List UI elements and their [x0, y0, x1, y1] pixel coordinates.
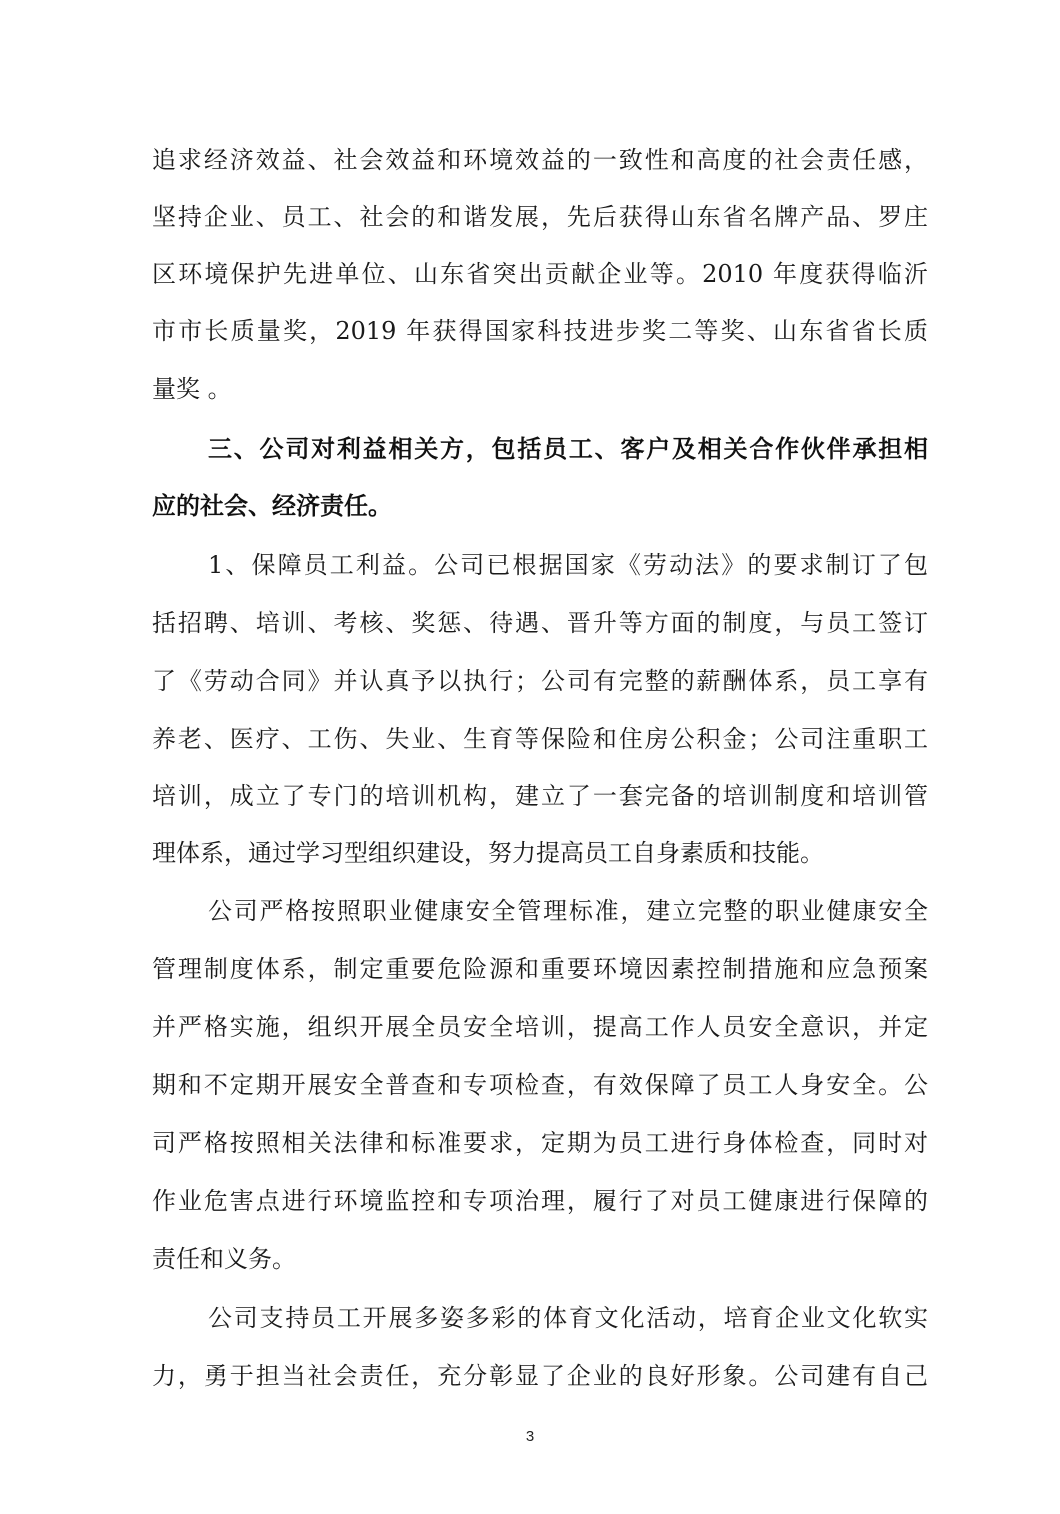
heading-line: 应的社会、经济责任。 — [152, 486, 928, 526]
text-line: 并严格实施，组织开展全员安全培训，提高工作人员安全意识，并定 — [152, 1007, 928, 1047]
document-page: 追求经济效益、社会效益和环境效益的一致性和高度的社会责任感， 坚持企业、员工、社… — [0, 0, 1060, 1514]
text-line: 市市长质量奖，2019 年获得国家科技进步奖二等奖、山东省省长质 — [152, 311, 928, 351]
text-line: 区环境保护先进单位、山东省突出贡献企业等。2010 年度获得临沂 — [152, 254, 928, 294]
text-line: 培训，成立了专门的培训机构，建立了一套完备的培训制度和培训管 — [152, 776, 928, 816]
text-line: 养老、医疗、工伤、失业、生育等保险和住房公积金；公司注重职工 — [152, 719, 928, 759]
text-line: 公司支持员工开展多姿多彩的体育文化活动，培育企业文化软实 — [208, 1298, 928, 1338]
text-line: 力，勇于担当社会责任，充分彰显了企业的良好形象。公司建有自己 — [152, 1356, 928, 1396]
text-line: 了《劳动合同》并认真予以执行；公司有完整的薪酬体系，员工享有 — [152, 661, 928, 701]
text-line: 理体系，通过学习型组织建设，努力提高员工自身素质和技能。 — [152, 833, 928, 873]
text-line: 括招聘、培训、考核、奖惩、待遇、晋升等方面的制度，与员工签订 — [152, 603, 928, 643]
text-line: 追求经济效益、社会效益和环境效益的一致性和高度的社会责任感， — [152, 140, 928, 180]
text-line: 量奖 。 — [152, 369, 928, 409]
text-line: 管理制度体系，制定重要危险源和重要环境因素控制措施和应急预案 — [152, 949, 928, 989]
heading-line: 三、公司对利益相关方，包括员工、客户及相关合作伙伴承担相 — [208, 429, 928, 469]
text-line: 作业危害点进行环境监控和专项治理，履行了对员工健康进行保障的 — [152, 1181, 928, 1221]
text-line: 司严格按照相关法律和标准要求，定期为员工进行身体检查，同时对 — [152, 1123, 928, 1163]
text-line: 责任和义务。 — [152, 1239, 928, 1279]
text-line: 期和不定期开展安全普查和专项检查，有效保障了员工人身安全。公 — [152, 1065, 928, 1105]
page-number: 3 — [0, 1428, 1060, 1445]
text-line: 公司严格按照职业健康安全管理标准，建立完整的职业健康安全 — [208, 891, 928, 931]
text-line: 坚持企业、员工、社会的和谐发展，先后获得山东省名牌产品、罗庄 — [152, 197, 928, 237]
text-line: 1、保障员工利益。公司已根据国家《劳动法》的要求制订了包 — [208, 545, 928, 585]
